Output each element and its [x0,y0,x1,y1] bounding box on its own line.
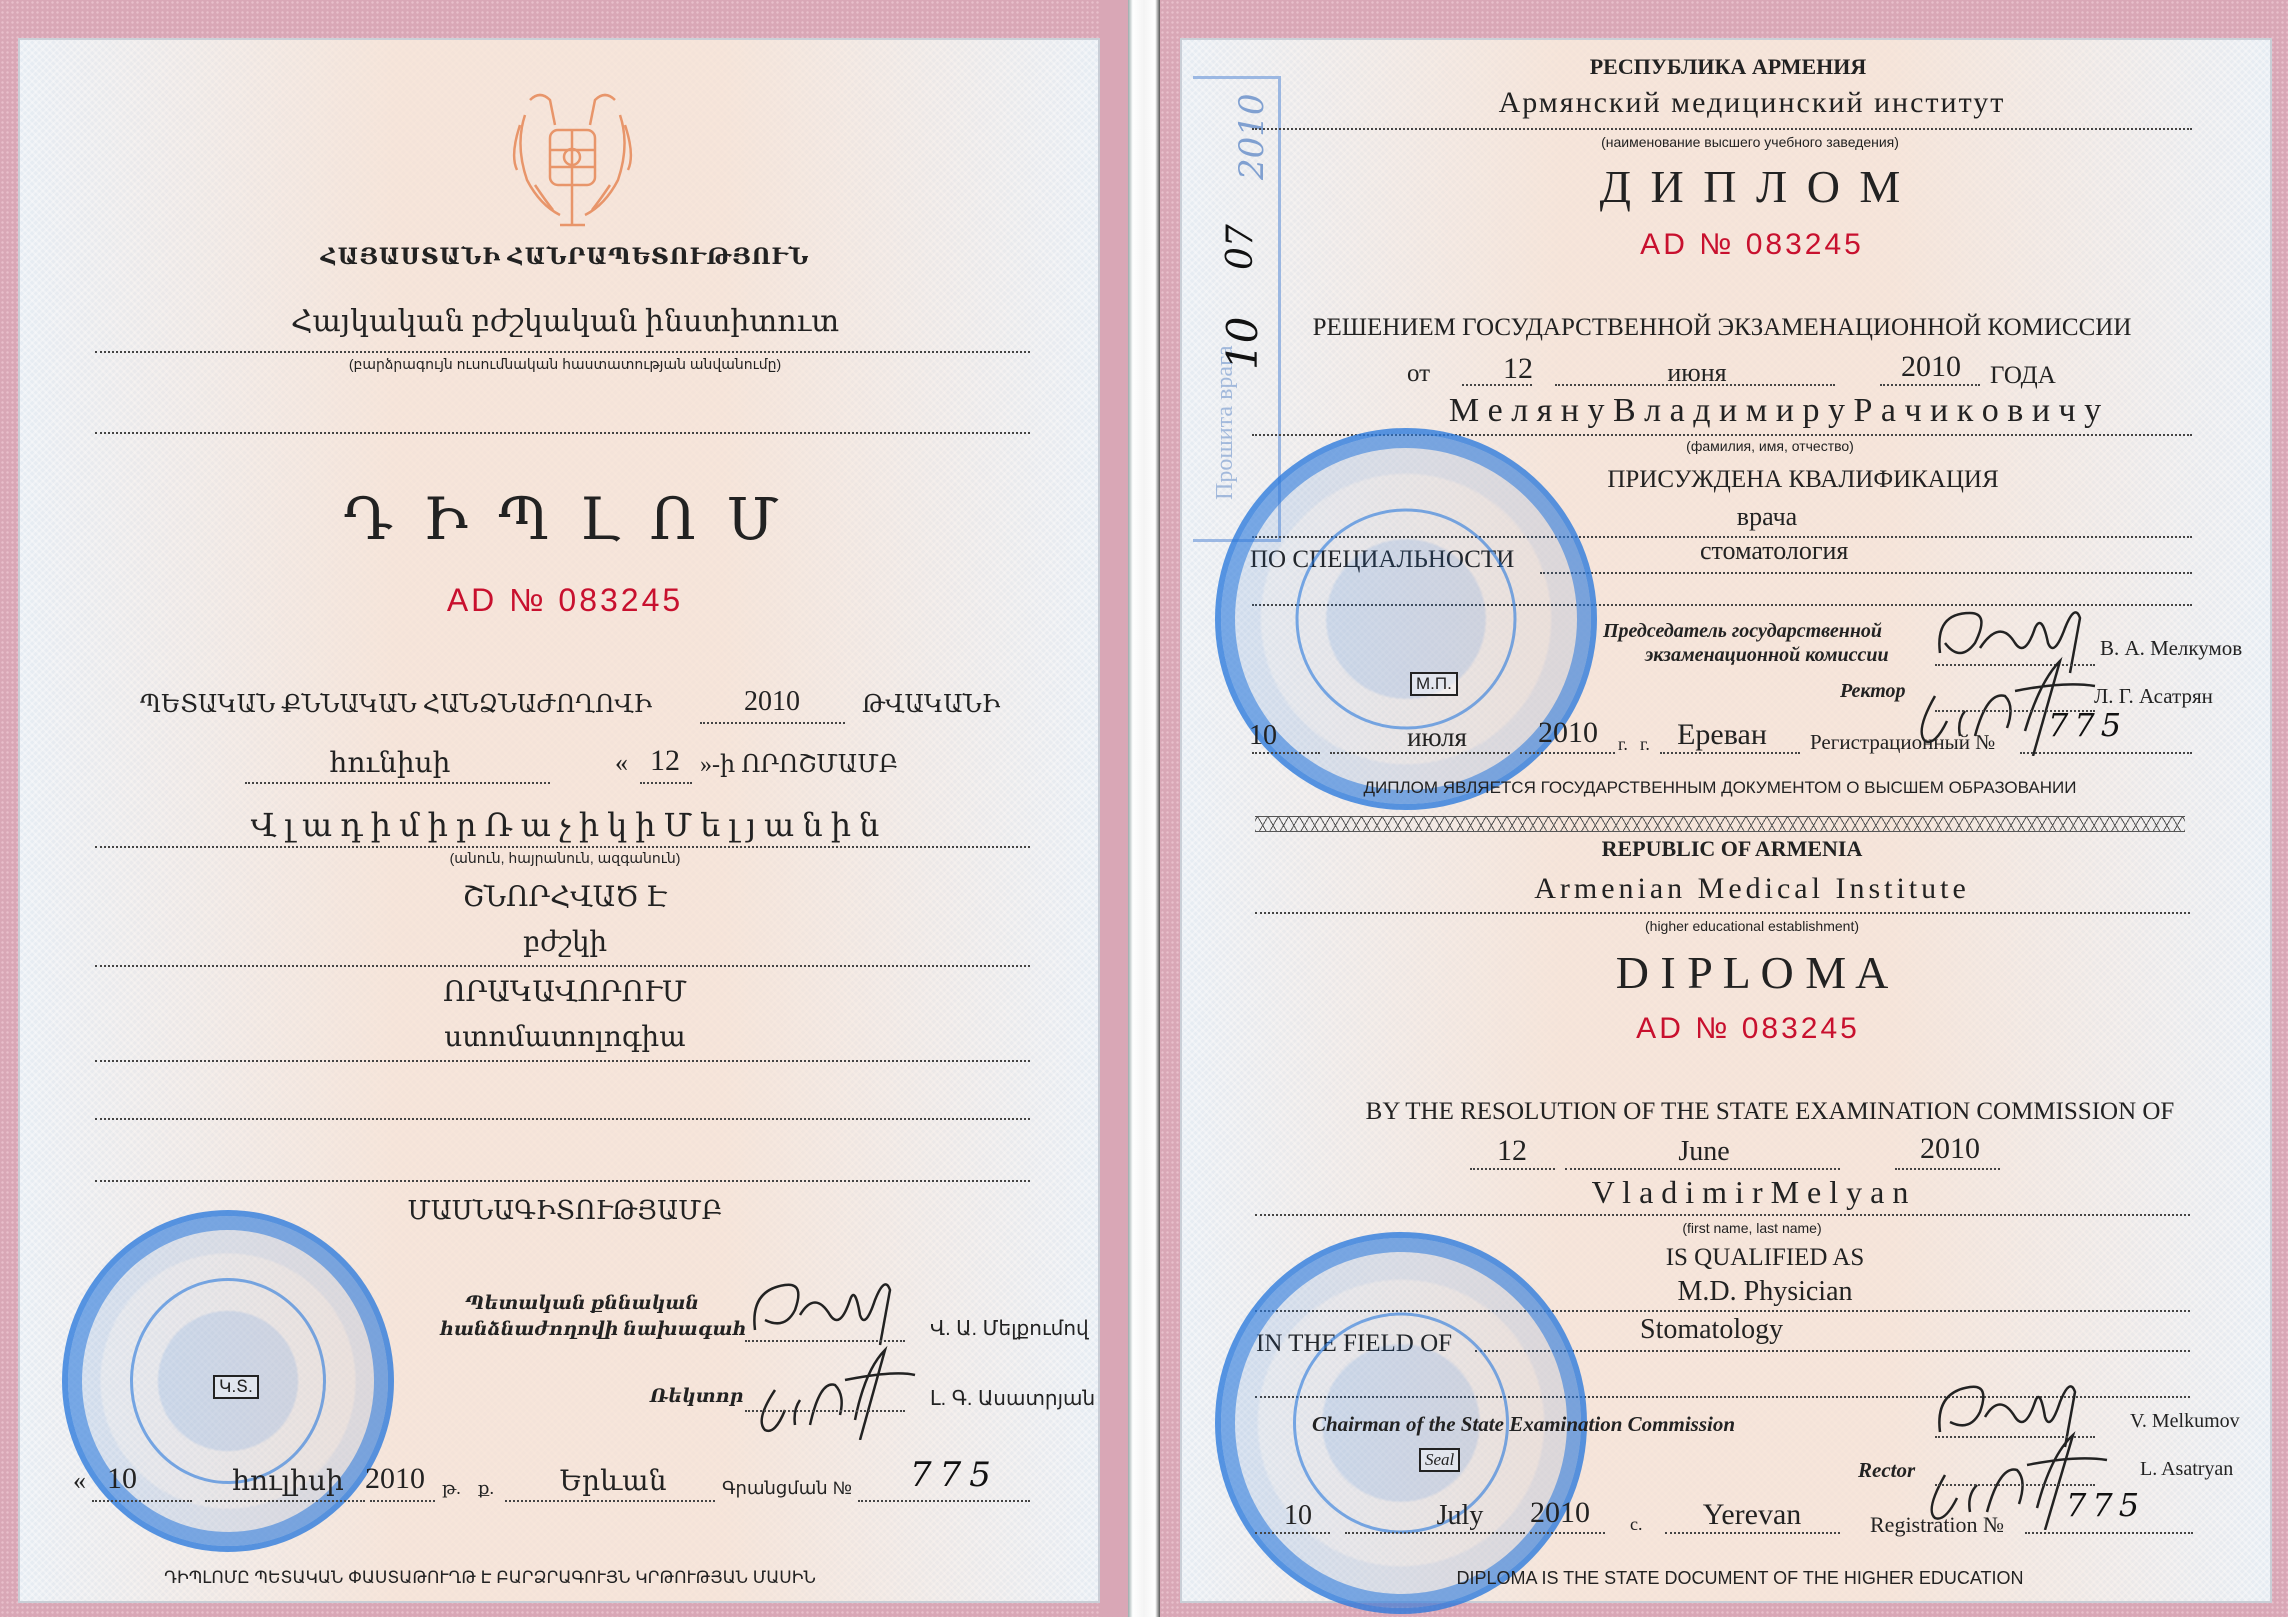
dotted-line [2025,1532,2193,1534]
decision-year-en: 2010 [1920,1132,1980,1166]
qualification-label-hy: ՈՐԱԿԱՎՈՐՈՒՄ [443,975,687,1009]
footer-note-hy: ԴԻՊԼՈՄԸ ՊԵՏԱԿԱՆ ՓԱՍՏԱԹՈՒՂԹ Է ԲԱՐՁՐԱԳՈՒՅՆ… [164,1568,816,1588]
decision-month-hy: հունիսի [330,746,451,780]
dotted-line [700,722,845,724]
issue-year-hy: 2010 [365,1462,425,1496]
qualification-value-en: M.D. Physician [1678,1276,1853,1308]
city-en: Yerevan [1703,1498,1802,1532]
issue-day-ru: 10 [1249,720,1277,752]
handwritten-day: 10 [1218,317,1267,370]
document-title-ru: Д И П Л О М [1600,160,1905,213]
document-title-hy: Դ Ի Պ Լ Ո Մ [343,485,786,553]
chairman-label-en: Chairman of the State Examination Commis… [1312,1412,1735,1437]
footer-note-ru: ДИПЛОМ ЯВЛЯЕТСЯ ГОСУДАРСТВЕННЫМ ДОКУМЕНТ… [1364,778,2077,798]
dotted-line [1895,1168,2000,1170]
decision-day-ru: 12 [1503,352,1533,386]
name-caption-hy: (անուն, հայրանուն, ազգանուն) [450,850,681,867]
section-divider [1255,816,2185,832]
dotted-line [1665,1532,1840,1534]
graduate-name-en: V l a d i m i r M e l y a n [1592,1174,1909,1211]
issue-year-en: 2010 [1530,1496,1590,1530]
serial-number-ru: AD № 083245 [1640,228,1864,262]
issue-day-hy: 10 [107,1462,137,1496]
resolution-text-en: BY THE RESOLUTION OF THE STATE EXAMINATI… [1366,1098,2175,1126]
commission-label-hy: ՊԵՏԱԿԱՆ ՔՆՆԱԿԱՆ ՀԱՆՁՆԱԺՈՂՈՎԻ [140,690,652,719]
qualification-value-hy: բժշկի [523,925,607,959]
dotted-line [1255,1214,2190,1216]
dotted-line [1330,752,1510,754]
issue-month-en: July [1437,1500,1484,1532]
from-label-ru: от [1407,360,1430,388]
awarded-label-en: IS QUALIFIED AS [1666,1244,1865,1272]
dotted-line [1540,572,2192,574]
rector-label-en: Rector [1858,1458,1915,1483]
chairman-label-ru-2: экзаменационной комиссии [1645,644,1889,667]
decision-month-en: June [1678,1136,1729,1168]
chairman-signature [745,1270,915,1350]
specialty-value-en: Stomatology [1640,1314,1783,1346]
registration-number-en: 775 [2066,1486,2145,1524]
decision-suffix-hy: »-ի ՈՐՈՇՄԱՄԲ [700,750,898,779]
decision-day-en: 12 [1497,1134,1527,1168]
book-spine [1128,0,1160,1617]
dotted-line [370,1500,435,1502]
dotted-line [95,432,1030,434]
rector-label-ru: Ректор [1840,680,1906,703]
handwritten-year: 2010 [1232,93,1272,180]
chairman-label-hy-2: հանձնաժողովի նախագահ [440,1318,747,1341]
decision-year-ru: 2010 [1901,350,1961,384]
city-ru: Ереван [1677,718,1767,752]
chairman-name-hy: Վ. Ա. Մելքումով [930,1316,1089,1341]
republic-heading-en: REPUBLIC OF ARMENIA [1602,836,1863,862]
specialty-label-hy: ՄԱՍՆԱԳԻՏՈՒԹՅԱՄԲ [407,1196,722,1226]
dotted-line [1565,1168,1840,1170]
dotted-line [95,846,1030,848]
dotted-line [505,1500,715,1502]
dotted-line [1462,384,1532,386]
issue-month-hy: հուլիսի [232,1464,344,1498]
dotted-line [95,1060,1030,1062]
dotted-line [205,1500,365,1502]
decision-day-hy: 12 [650,744,680,778]
dotted-line [95,965,1030,967]
document-title-en: D I P L O M A [1616,946,1889,999]
dotted-line [1475,1350,2190,1352]
armenia-coat-of-arms-icon [505,85,640,235]
dotted-line [1252,128,2192,130]
rector-name-hy: Լ. Գ. Ասատրյան [930,1386,1095,1411]
chairman-name-en: V. Melkumov [2130,1410,2240,1433]
specialty-value-ru: стоматология [1700,536,1848,566]
year-abbr-ru: г. [1618,734,1628,755]
institution-name-hy: Հայկական բժշկական ինստիտուտ [291,304,839,339]
institution-name-ru: Армянский медицинский институт [1499,86,2006,120]
handwritten-month: 07 [1220,224,1261,270]
institution-name-en: Armenian Medical Institute [1534,872,1970,906]
name-caption-en: (first name, last name) [1682,1220,1821,1236]
registration-number-ru: 775 [2048,706,2127,744]
dotted-line [95,351,1030,353]
quote-open: « [615,748,628,778]
city-hy: Երևան [559,1464,666,1498]
dotted-line [245,782,550,784]
commission-year-hy: 2010 [744,686,800,718]
republic-heading-hy: ՀԱՅԱՍՏԱՆԻ ՀԱՆՐԱՊԵՏՈՒԹՅՈՒՆ [321,244,810,270]
city-abbr-ru: г. [1640,734,1650,755]
graduate-name-hy: Վ լ ա դ ի մ ի ր Ռ ա չ ի կ ի Մ ե լ յ ա ն … [251,806,880,844]
quote-open: « [73,1466,86,1496]
city-abbr-hy: ք. [478,1478,494,1499]
rector-name-en: L. Asatryan [2140,1458,2233,1481]
cover-gap [1100,0,1128,1617]
issue-year-ru: 2010 [1538,716,1598,750]
institution-caption-hy: (բարձրագույն ուսումնական հաստատության ան… [349,356,781,373]
chairman-name-ru: В. А. Мелкумов [2100,636,2242,661]
dotted-line [1470,1168,1555,1170]
awarded-label-hy: ՇՆՈՐՀՎԱԾ Է [463,880,668,914]
dotted-line [1555,384,1835,386]
dotted-line [1255,912,2190,914]
issue-day-en: 10 [1284,1500,1312,1532]
serial-number-en: AD № 083245 [1636,1012,1860,1046]
chairman-label-hy-1: Պետական քննական [465,1292,699,1315]
dotted-line [640,782,692,784]
specialty-value-hy: ստոմատոլոգիա [444,1020,686,1054]
year-suffix-ru: года [1990,362,2056,390]
graduate-name-ru: М е л я н у В л а д и м и р у Р а ч и к … [1449,392,2101,430]
year-abbr-hy: թ. [442,1478,461,1499]
registration-number-hy: 775 [910,1455,999,1495]
dotted-line [1345,1532,1525,1534]
year-suffix-hy: ԹՎԱԿԱՆԻ [862,690,1000,719]
republic-heading-ru: РЕСПУБЛИКА АРМЕНИЯ [1590,54,1867,80]
chairman-label-ru-1: Председатель государственной [1603,620,1882,643]
resolution-text-ru: РЕШЕНИЕМ ГОСУДАРСТВЕННОЙ ЭКЗАМЕНАЦИОННОЙ… [1313,314,2132,342]
dotted-line [858,1500,1030,1502]
name-caption-ru: (фамилия, имя, отчество) [1686,438,1854,454]
dotted-line [92,1500,192,1502]
seal-placeholder-box-en: Seal [1419,1448,1460,1472]
rector-signature [745,1340,925,1440]
dotted-line [1660,752,1800,754]
seal-placeholder-box: Կ.Տ. [213,1375,259,1399]
issue-month-ru: июля [1407,722,1467,753]
year-abbr-en: c. [1630,1514,1643,1535]
dotted-line [95,1118,1030,1120]
registration-label-en: Registration № [1870,1512,2004,1538]
dotted-line [1255,1532,1330,1534]
registration-label-ru: Регистрационный № [1810,730,1995,755]
dotted-line [1520,752,1615,754]
registration-label-hy: Գրանցման № [722,1478,852,1499]
dotted-line [1530,1532,1605,1534]
dotted-line [2020,752,2192,754]
dotted-line [1252,752,1320,754]
footer-note-en: DIPLOMA IS THE STATE DOCUMENT OF THE HIG… [1456,1568,2023,1589]
serial-number-hy: AD № 083245 [447,582,683,619]
seal-placeholder-box-ru: М.П. [1410,672,1458,696]
dotted-line [745,1410,905,1412]
qualification-value-ru: врача [1737,502,1797,532]
dotted-line [1880,384,1980,386]
awarded-label-ru: ПРИСУЖДЕНА КВАЛИФИКАЦИЯ [1607,466,1998,494]
institution-caption-ru: (наименование высшего учебного заведения… [1601,134,1899,150]
dotted-line [95,1180,1030,1182]
institution-caption-en: (higher educational establishment) [1645,918,1859,934]
rector-label-hy: Ռեկտոր [650,1385,743,1408]
